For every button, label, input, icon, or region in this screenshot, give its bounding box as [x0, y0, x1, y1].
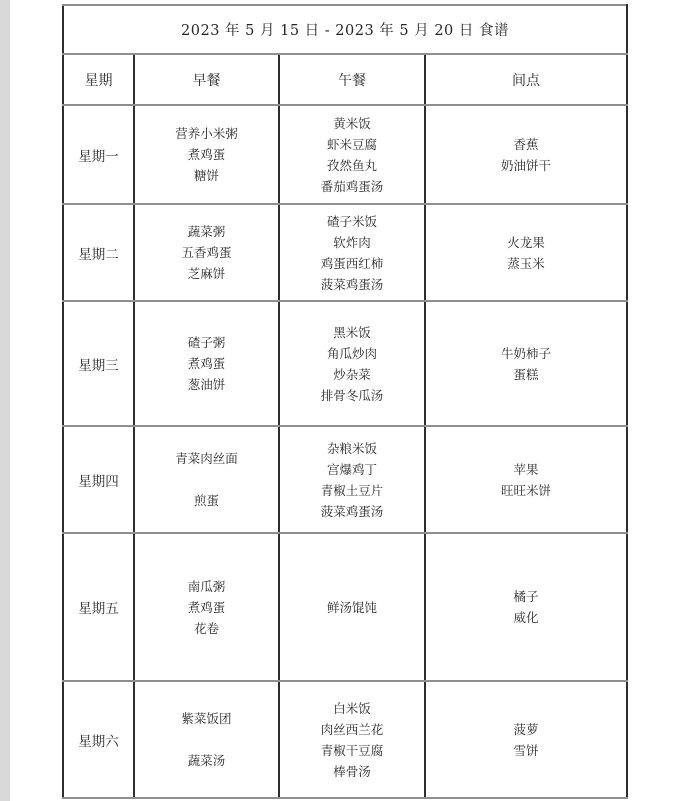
snack-cell: 菠萝 雪饼	[425, 681, 627, 798]
breakfast-cell: 紫菜饭团 蔬菜汤	[134, 681, 279, 798]
menu-table: 2023 年 5 月 15 日 - 2023 年 5 月 20 日 食谱 星期 …	[62, 4, 628, 799]
header-snack: 间点	[425, 54, 627, 105]
breakfast-cell: 南瓜粥 煮鸡蛋 花卷	[134, 533, 279, 681]
breakfast-cell: 蔬菜粥 五香鸡蛋 芝麻饼	[134, 204, 279, 301]
table-row: 星期三 碴子粥 煮鸡蛋 葱油饼 黑米饭 角瓜炒肉 炒杂菜 排骨冬瓜汤 牛奶柿子 …	[63, 301, 627, 426]
lunch-cell: 黄米饭 虾米豆腐 孜然鱼丸 番茄鸡蛋汤	[279, 105, 425, 204]
snack-cell: 苹果 旺旺米饼	[425, 426, 627, 533]
day-cell: 星期二	[63, 204, 134, 301]
lunch-cell: 碴子米饭 软炸肉 鸡蛋西红柿 菠菜鸡蛋汤	[279, 204, 425, 301]
snack-cell: 牛奶柿子 蛋糕	[425, 301, 627, 426]
day-cell: 星期五	[63, 533, 134, 681]
table-row: 星期二 蔬菜粥 五香鸡蛋 芝麻饼 碴子米饭 软炸肉 鸡蛋西红柿 菠菜鸡蛋汤 火龙…	[63, 204, 627, 301]
snack-cell: 火龙果 蒸玉米	[425, 204, 627, 301]
breakfast-cell: 营养小米粥 煮鸡蛋 糖饼	[134, 105, 279, 204]
snack-cell: 橘子 威化	[425, 533, 627, 681]
header-day: 星期	[63, 54, 134, 105]
document-page: 2023 年 5 月 15 日 - 2023 年 5 月 20 日 食谱 星期 …	[0, 0, 700, 801]
lunch-cell: 白米饭 肉丝西兰花 青椒干豆腐 棒骨汤	[279, 681, 425, 798]
header-breakfast: 早餐	[134, 54, 279, 105]
day-cell: 星期三	[63, 301, 134, 426]
left-margin-strip	[0, 0, 10, 801]
breakfast-cell: 碴子粥 煮鸡蛋 葱油饼	[134, 301, 279, 426]
day-cell: 星期四	[63, 426, 134, 533]
table-row: 星期六 紫菜饭团 蔬菜汤 白米饭 肉丝西兰花 青椒干豆腐 棒骨汤 菠萝 雪饼	[63, 681, 627, 798]
snack-cell: 香蕉 奶油饼干	[425, 105, 627, 204]
lunch-cell: 黑米饭 角瓜炒肉 炒杂菜 排骨冬瓜汤	[279, 301, 425, 426]
lunch-cell: 杂粮米饭 宫爆鸡丁 青椒土豆片 菠菜鸡蛋汤	[279, 426, 425, 533]
title-row: 2023 年 5 月 15 日 - 2023 年 5 月 20 日 食谱	[63, 5, 627, 54]
lunch-cell: 鲜汤馄饨	[279, 533, 425, 681]
table-title: 2023 年 5 月 15 日 - 2023 年 5 月 20 日 食谱	[63, 5, 627, 54]
breakfast-cell: 青菜肉丝面 煎蛋	[134, 426, 279, 533]
header-lunch: 午餐	[279, 54, 425, 105]
table-row: 星期一 营养小米粥 煮鸡蛋 糖饼 黄米饭 虾米豆腐 孜然鱼丸 番茄鸡蛋汤 香蕉 …	[63, 105, 627, 204]
table-row: 星期四 青菜肉丝面 煎蛋 杂粮米饭 宫爆鸡丁 青椒土豆片 菠菜鸡蛋汤 苹果 旺旺…	[63, 426, 627, 533]
day-cell: 星期一	[63, 105, 134, 204]
table-row: 星期五 南瓜粥 煮鸡蛋 花卷 鲜汤馄饨 橘子 威化	[63, 533, 627, 681]
day-cell: 星期六	[63, 681, 134, 798]
header-row: 星期 早餐 午餐 间点	[63, 54, 627, 105]
